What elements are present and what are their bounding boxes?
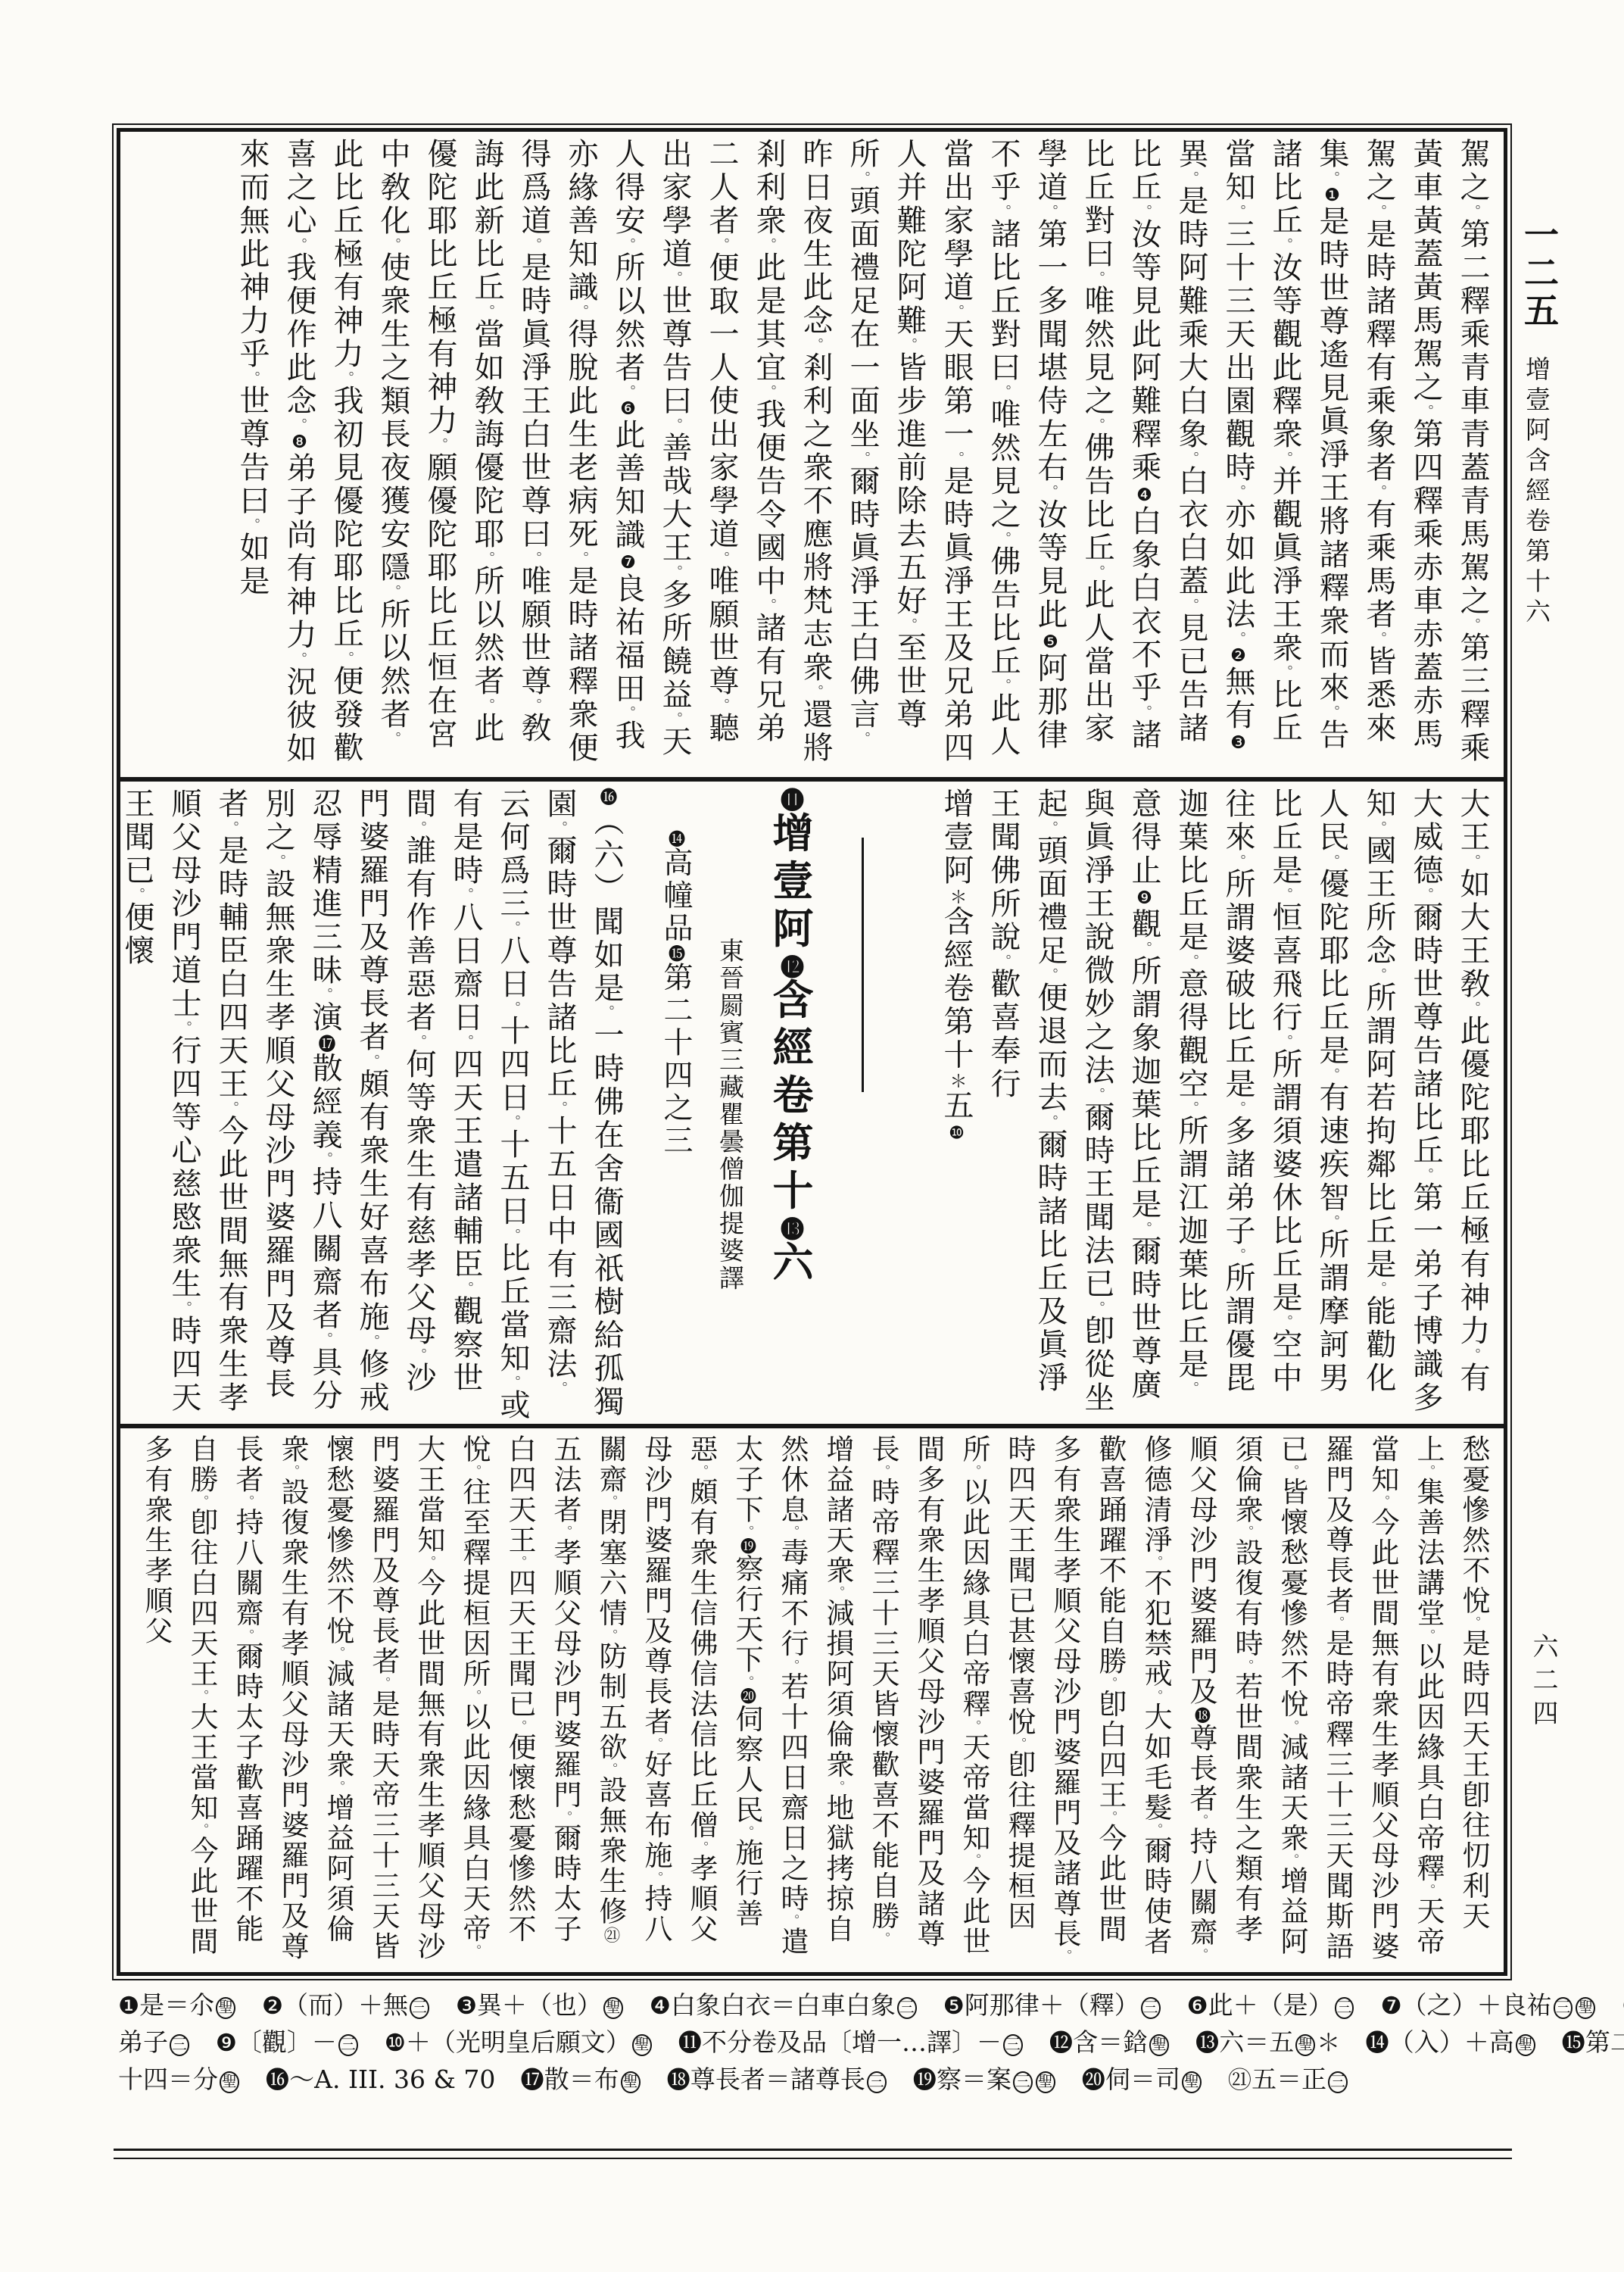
scroll16-opening-text: ⓰（六）聞如是。一時佛在舍衞國祇樹給孤獨園。爾時世尊告諸比丘。十五日中有三齋法。… bbox=[120, 788, 630, 1422]
footnote-row-3: 十四＝分聖 ⓰～A. III. 36 & 70 ⓱散＝布聖 ⓲尊長者＝諸尊長三 … bbox=[118, 2061, 1515, 2099]
margin-scroll-title: 增壹阿含經卷第十六 bbox=[1519, 356, 1554, 629]
margin-volume-label: 一二五 bbox=[1514, 217, 1564, 330]
footnote-row-2: 弟子三 ❾〔觀〕－三 ❿＋（光明皇后願文）聖 ⓫不分卷及品〔增一…譯〕－三 ⓬含… bbox=[118, 2024, 1515, 2061]
translator-line: 東晉罽賓三藏瞿曇僧伽提婆譯 bbox=[710, 788, 750, 1422]
scroll16-title: ⓫增壹阿⓬含經卷第十⓭六 bbox=[760, 788, 819, 1422]
register-a-scroll15-text: 駕之。第二釋乘青車青蓋青馬駕之。第三釋乘黃車黃蓋黃馬駕之。第四釋乘赤車赤蓋赤馬駕… bbox=[120, 132, 1504, 777]
register-b: 大王。如大王敎。此優陀耶比丘極有神力。有大威德。爾時世尊告諸比丘。第一弟子博識多… bbox=[120, 782, 1504, 1424]
register-c-text: 愁憂慘然不悅。是時四天王卽往忉利天上。集善法講堂。以此因緣具白帝釋。天帝當知。今… bbox=[120, 1428, 1504, 1972]
scroll15-colophon: 增壹阿＊含經卷第十＊五❿ bbox=[933, 788, 980, 1422]
chapter-line: ⓮高幢品⓯第二十四之三 bbox=[653, 788, 698, 1422]
bottom-rule-thin bbox=[114, 2158, 1512, 2159]
bottom-rule-thick bbox=[114, 2149, 1512, 2151]
scroll15-end-text: 大王。如大王敎。此優陀耶比丘極有神力。有大威德。爾時世尊告諸比丘。第一弟子博識多… bbox=[980, 788, 1496, 1422]
critical-apparatus: ❶是＝尒聖 ❷（而）＋無三 ❸異＋（也）聖 ❹白象白衣＝白車白象三 ❺阿那律＋（… bbox=[118, 1987, 1515, 2099]
text-frame-inner: 駕之。第二釋乘青車青蓋青馬駕之。第三釋乘黃車黃蓋黃馬駕之。第四釋乘赤車赤蓋赤馬駕… bbox=[117, 128, 1507, 1976]
text-frame: 駕之。第二釋乘青車青蓋青馬駕之。第三釋乘黃車黃蓋黃馬駕之。第四釋乘赤車赤蓋赤馬駕… bbox=[112, 123, 1512, 1980]
scroll-separator-rule bbox=[827, 788, 896, 1422]
margin-page-number: 六二四 bbox=[1525, 1633, 1562, 1733]
footnote-row-1: ❶是＝尒聖 ❷（而）＋無三 ❸異＋（也）聖 ❹白象白衣＝白車白象三 ❺阿那律＋（… bbox=[118, 1987, 1515, 2024]
scanned-canon-page: 駕之。第二釋乘青車青蓋青馬駕之。第三釋乘黃車黃蓋黃馬駕之。第四釋乘赤車赤蓋赤馬駕… bbox=[0, 0, 1624, 2272]
